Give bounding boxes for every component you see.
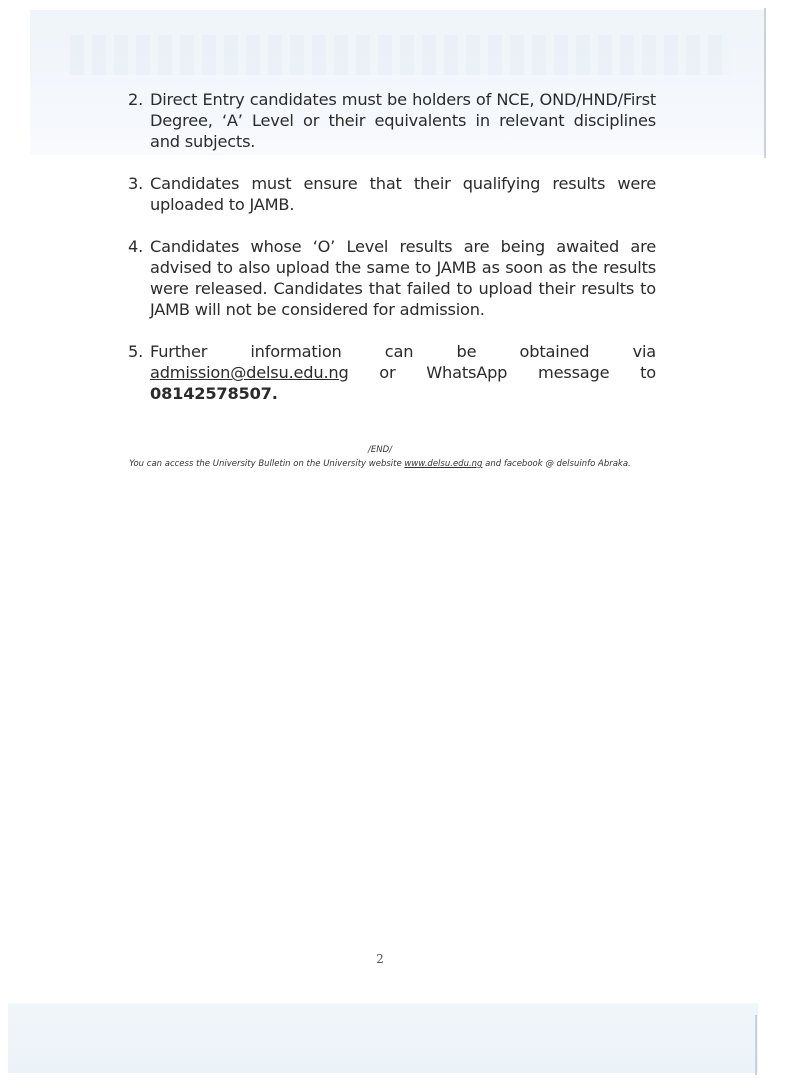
list-item-3: 3. Candidates must ensure that their qua… — [128, 173, 656, 215]
end-section: /END/ You can access the University Bull… — [100, 443, 660, 471]
list-item-text-start: Further information can be obtained via — [150, 342, 656, 361]
list-item-number: 5. — [128, 341, 143, 362]
page-number: 2 — [370, 952, 390, 966]
list-item-text: Candidates must ensure that their qualif… — [150, 174, 656, 214]
scan-show-through-bottom — [8, 1003, 758, 1073]
university-website-link[interactable]: www.delsu.edu.ng — [404, 459, 482, 469]
list-item-number: 4. — [128, 236, 143, 257]
list-item-number: 2. — [128, 89, 143, 110]
end-marker: /END/ — [100, 443, 660, 457]
list-item-2: 2. Direct Entry candidates must be holde… — [128, 89, 656, 152]
list-item-text: Direct Entry candidates must be holders … — [150, 90, 656, 151]
list-item-number: 3. — [128, 173, 143, 194]
footer-note-text-end: and facebook @ delsuinfo Abraka. — [482, 459, 630, 469]
list-item-text-middle: or WhatsApp message to — [349, 363, 656, 382]
scan-page-edge — [764, 8, 766, 158]
numbered-list: 2. Direct Entry candidates must be holde… — [128, 89, 656, 425]
footer-note-text-start: You can access the University Bulletin o… — [129, 459, 404, 469]
list-item-4: 4. Candidates whose ‘O’ Level results ar… — [128, 236, 656, 320]
admission-email-link[interactable]: admission@delsu.edu.ng — [150, 363, 349, 382]
list-item-5: 5. Further information can be obtained v… — [128, 341, 656, 404]
list-item-text: Candidates whose ‘O’ Level results are b… — [150, 237, 656, 319]
whatsapp-phone-number: 08142578507. — [150, 384, 278, 403]
footer-note: You can access the University Bulletin o… — [100, 457, 660, 471]
scan-page-edge-bottom — [755, 1015, 757, 1075]
